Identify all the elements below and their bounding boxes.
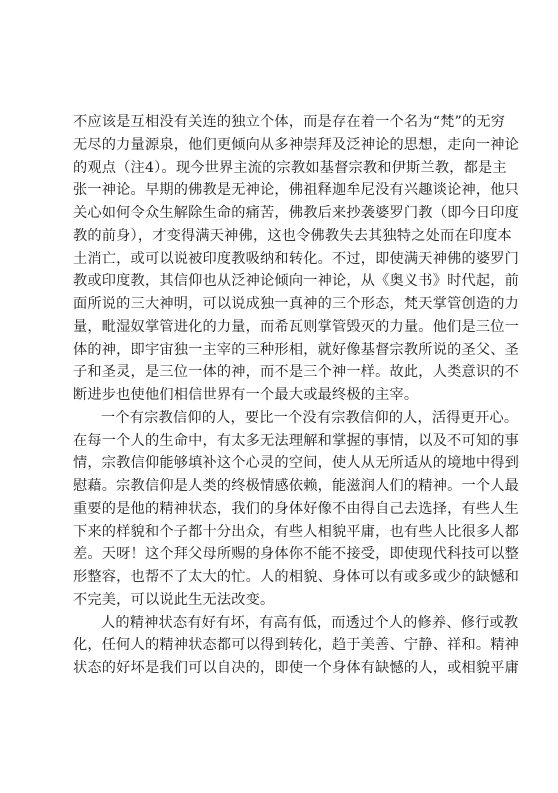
- text-line: 差。天呀！这个拜父母所赐的身体你不能不接受，即使现代科技可以整: [73, 543, 487, 566]
- text-line: 教的前身），才变得满天神佛，这也令佛教失去其独特之处而在印度本: [73, 225, 487, 248]
- text-line: 教或印度教，其信仰也从泛神论倾向一神论，从《奥义书》时代起，前: [73, 270, 487, 293]
- text-line: 无尽的力量源泉，他们更倾向从多神崇拜及泛神论的思想，走向一神论: [73, 134, 487, 157]
- text-line: 状态的好坏是我们可以自决的，即使一个身体有缺憾的人，或相貌平庸: [73, 657, 487, 680]
- text-line: 断进步也使他们相信世界有一个最大或最终极的主宰。: [73, 384, 487, 407]
- text-line: 情，宗教信仰能够填补这个心灵的空间，使人从无所适从的境地中得到: [73, 452, 487, 475]
- text-line: 在每一个人的生命中，有太多无法理解和掌握的事情，以及不可知的事: [73, 430, 487, 453]
- paragraph-1: 不应该是互相没有关连的独立个体，而是存在着一个名为“梵”的无穷 无尽的力量源泉，…: [73, 111, 487, 407]
- text-line: 面所说的三大神明，可以说成独一真神的三个形态，梵天掌管创造的力: [73, 293, 487, 316]
- paragraph-2: 一个有宗教信仰的人，要比一个没有宗教信仰的人，活得更开心。 在每一个人的生命中，…: [73, 407, 487, 612]
- text-line: 不完美，可以说此生无法改变。: [73, 589, 487, 612]
- text-line: 不应该是互相没有关连的独立个体，而是存在着一个名为“梵”的无穷: [73, 111, 487, 134]
- text-line: 慰藉。宗教信仰是人类的终极情感依赖，能滋润人们的精神。一个人最: [73, 475, 487, 498]
- text-line: 人的精神状态有好有坏，有高有低，而透过个人的修养、修行或教: [73, 612, 487, 635]
- document-page: 不应该是互相没有关连的独立个体，而是存在着一个名为“梵”的无穷 无尽的力量源泉，…: [0, 0, 558, 793]
- paragraph-3: 人的精神状态有好有坏，有高有低，而透过个人的修养、修行或教 化，任何人的精神状态…: [73, 612, 487, 680]
- text-line: 量，毗湿奴掌管进化的力量，而希瓦则掌管毁灭的力量。他们是三位一: [73, 316, 487, 339]
- text-line: 形整容，也帮不了太大的忙。人的相貌、身体可以有或多或少的缺憾和: [73, 566, 487, 589]
- text-line: 化，任何人的精神状态都可以得到转化，趋于美善、宁静、祥和。精神: [73, 634, 487, 657]
- text-line: 土消亡，或可以说被印度教吸纳和转化。不过，即使满天神佛的婆罗门: [73, 248, 487, 271]
- text-line: 张一神论。早期的佛教是无神论，佛祖释迦牟尼没有兴趣谈论神，他只: [73, 179, 487, 202]
- text-line: 重要的是他的精神状态，我们的身体好像不由得自己去选择，有些人生: [73, 498, 487, 521]
- text-line: 关心如何令众生解除生命的痛苦，佛教后来抄袭婆罗门教（即今日印度: [73, 202, 487, 225]
- text-line: 下来的样貌和个子都十分出众，有些人相貌平庸，也有些人比很多人都: [73, 521, 487, 544]
- text-line: 子和圣灵，是三位一体的神，而不是三个神一样。故此，人类意识的不: [73, 361, 487, 384]
- body-text: 不应该是互相没有关连的独立个体，而是存在着一个名为“梵”的无穷 无尽的力量源泉，…: [73, 111, 487, 680]
- text-line: 的观点（注4）。现今世界主流的宗教如基督宗教和伊斯兰教，都是主: [73, 157, 487, 180]
- text-line: 体的神，即宇宙独一主宰的三种形相，就好像基督宗教所说的圣父、圣: [73, 339, 487, 362]
- text-line: 一个有宗教信仰的人，要比一个没有宗教信仰的人，活得更开心。: [73, 407, 487, 430]
